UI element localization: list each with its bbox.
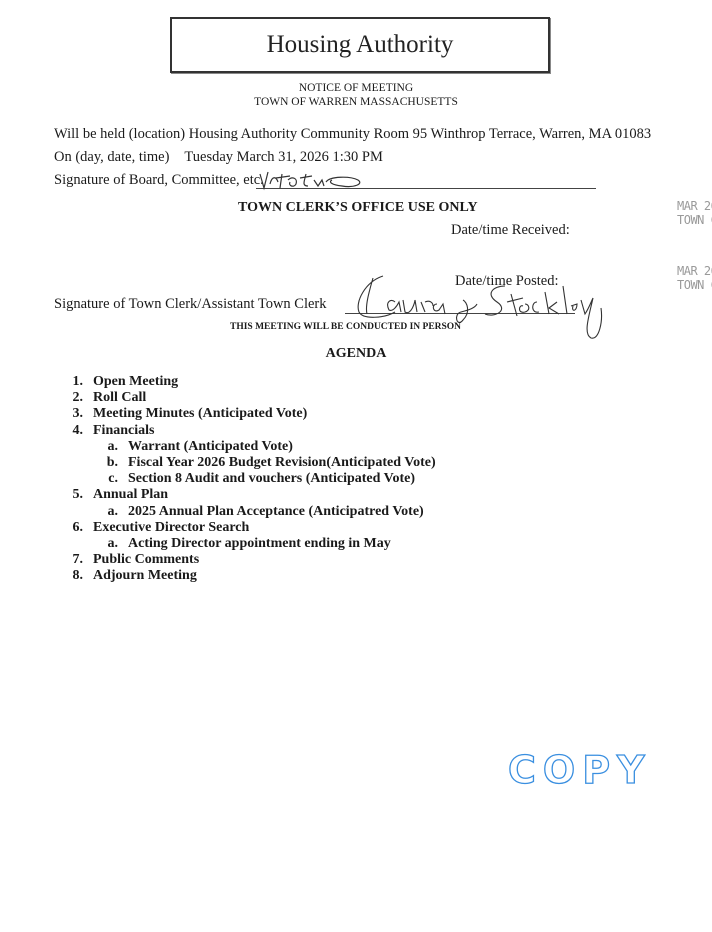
agenda-item-number: 6. xyxy=(56,520,83,536)
agenda-subitem-letter: a. xyxy=(83,439,118,455)
agenda-item: 3.Meeting Minutes (Anticipated Vote) xyxy=(56,406,307,422)
agenda-item: 7.Public Comments xyxy=(56,552,199,568)
agenda-subitem: c.Section 8 Audit and vouchers (Anticipa… xyxy=(83,471,415,487)
copy-stamp: COPY xyxy=(508,748,652,792)
agenda-item: 6.Executive Director Search xyxy=(56,520,249,536)
notice-line-1: NOTICE OF MEETING xyxy=(0,82,712,94)
agenda-item: 1.Open Meeting xyxy=(56,374,178,390)
when-label: On (day, date, time) xyxy=(54,149,169,165)
agenda-subitem: a.Warrant (Anticipated Vote) xyxy=(83,439,293,455)
agenda-subitem: a.Acting Director appointment ending in … xyxy=(83,536,391,552)
location-label: Will be held (location) xyxy=(54,126,185,142)
notice-line-2: TOWN OF WARREN MASSACHUSETTS xyxy=(0,96,712,108)
posted-stamp: MAR 26 '26 PM1:02 TOWN CLERK xyxy=(677,265,712,291)
agenda-item-text: Executive Director Search xyxy=(93,520,249,535)
agenda-subitem-text: Section 8 Audit and vouchers (Anticipate… xyxy=(128,471,415,486)
agenda-subitem: b.Fiscal Year 2026 Budget Revision(Antic… xyxy=(83,455,436,471)
agenda-subitem-letter: a. xyxy=(83,536,118,552)
agenda-item-number: 5. xyxy=(56,487,83,503)
agenda-subitem-letter: a. xyxy=(83,504,118,520)
when-line: On (day, date, time) Tuesday March 31, 2… xyxy=(54,149,383,166)
agenda-item: 5.Annual Plan xyxy=(56,487,168,503)
received-label: Date/time Received: xyxy=(451,222,570,239)
agenda-subitem-text: 2025 Annual Plan Acceptance (Anticipatre… xyxy=(128,504,424,519)
agenda-item-text: Public Comments xyxy=(93,552,199,567)
agenda-item-number: 1. xyxy=(56,374,83,390)
location-value: Housing Authority Community Room 95 Wint… xyxy=(189,126,651,142)
document-title-box: Housing Authority xyxy=(170,17,550,73)
in-person-notice: THIS MEETING WILL BE CONDUCTED IN PERSON xyxy=(230,322,461,332)
agenda-item-text: Annual Plan xyxy=(93,487,168,502)
agenda-subitem-letter: b. xyxy=(83,455,118,471)
agenda-item-number: 8. xyxy=(56,568,83,584)
agenda-item: 8.Adjourn Meeting xyxy=(56,568,197,584)
agenda-item-number: 2. xyxy=(56,390,83,406)
board-signature-label: Signature of Board, Committee, etc. xyxy=(54,172,264,189)
agenda-item-text: Meeting Minutes (Anticipated Vote) xyxy=(93,406,307,421)
clerk-section-heading: TOWN CLERK’S OFFICE USE ONLY xyxy=(238,200,478,216)
agenda-item-text: Roll Call xyxy=(93,390,146,405)
agenda-item-number: 4. xyxy=(56,423,83,439)
agenda-subitem-text: Acting Director appointment ending in Ma… xyxy=(128,536,391,551)
agenda-subitem-text: Warrant (Anticipated Vote) xyxy=(128,439,293,454)
agenda-subitem-letter: c. xyxy=(83,471,118,487)
when-value: Tuesday March 31, 2026 1:30 PM xyxy=(184,149,382,165)
document-title: Housing Authority xyxy=(267,31,454,59)
agenda-item: 4.Financials xyxy=(56,423,154,439)
received-stamp: MAR 26 '26 PM1:02 TOWN CLERK xyxy=(677,200,712,226)
agenda-item-text: Financials xyxy=(93,423,154,438)
agenda-item-text: Open Meeting xyxy=(93,374,178,389)
location-line: Will be held (location) Housing Authorit… xyxy=(54,126,651,143)
agenda-subitem: a.2025 Annual Plan Acceptance (Anticipat… xyxy=(83,504,424,520)
agenda-heading: AGENDA xyxy=(0,346,712,362)
agenda-subitem-text: Fiscal Year 2026 Budget Revision(Anticip… xyxy=(128,455,436,470)
agenda-item-number: 7. xyxy=(56,552,83,568)
clerk-signature-label: Signature of Town Clerk/Assistant Town C… xyxy=(54,296,327,313)
agenda-item-text: Adjourn Meeting xyxy=(93,568,197,583)
board-signature xyxy=(258,170,378,192)
agenda-item-number: 3. xyxy=(56,406,83,422)
agenda-item: 2.Roll Call xyxy=(56,390,146,406)
